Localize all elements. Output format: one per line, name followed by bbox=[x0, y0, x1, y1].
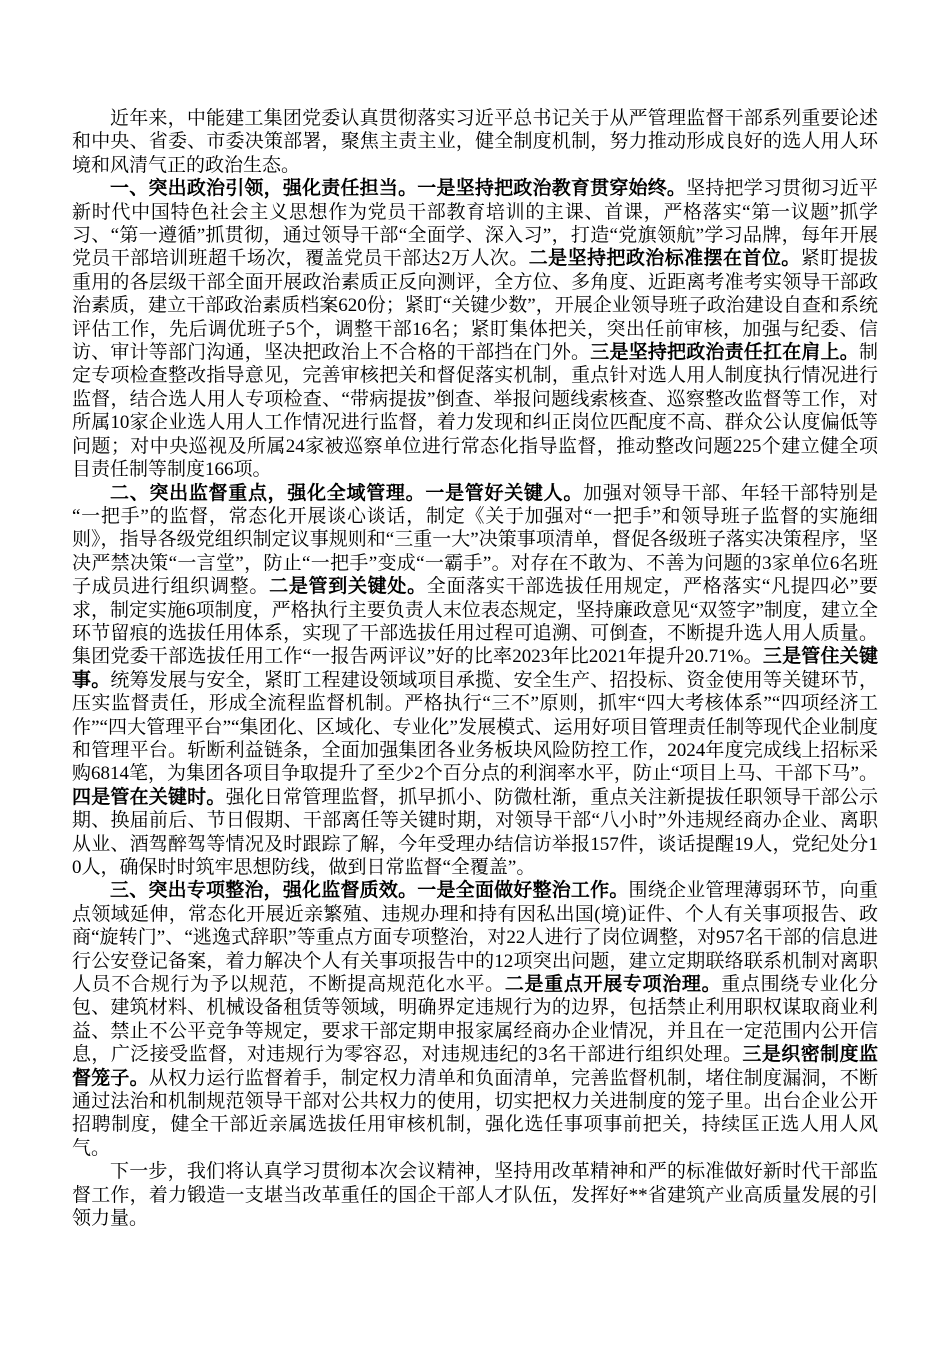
bold-heading-run: 二、突出监督重点，强化全域管理。一是管好关键人。 bbox=[110, 483, 583, 504]
document-body: 近年来，中能建工集团党委认真贯彻落实习近平总书记关于从严管理监督干部系列重要论述… bbox=[72, 107, 878, 1231]
bold-heading-run: 二是重点开展专项治理。 bbox=[505, 974, 721, 995]
bold-heading-run: 二是坚持把政治标准摆在首位。 bbox=[529, 248, 801, 269]
bold-heading-run: 三、突出专项整治，强化监督质效。一是全面做好整治工作。 bbox=[110, 880, 629, 901]
bold-heading-run: 四是管在关键时。 bbox=[72, 787, 226, 808]
text-run: 从权力运行监督着手，制定权力清单和负面清单，完善监督机制，堵住制度漏洞，不断通过… bbox=[72, 1068, 878, 1159]
paragraph: 三、突出专项整治，强化监督质效。一是全面做好整治工作。围绕企业管理薄弱环节，向重… bbox=[72, 879, 878, 1160]
text-run: 统筹发展与安全，紧盯工程建设领域项目承揽、安全生产、招投标、资金使用等关键环节，… bbox=[72, 670, 878, 785]
paragraph: 一、突出政治引领，强化责任担当。一是坚持把政治教育贯穿始终。坚持把学习贯彻习近平… bbox=[72, 177, 878, 481]
bold-heading-run: 一、突出政治引领，强化责任担当。一是坚持把政治教育贯穿始终。 bbox=[110, 178, 686, 199]
text-run: 近年来，中能建工集团党委认真贯彻落实习近平总书记关于从严管理监督干部系列重要论述… bbox=[72, 108, 878, 176]
bold-heading-run: 二是管到关键处。 bbox=[269, 576, 427, 597]
bold-heading-run: 三是坚持把政治责任扛在肩上。 bbox=[590, 342, 859, 363]
text-run: 下一步，我们将认真学习贯彻本次会议精神，坚持用改革精神和严的标准做好新时代干部监… bbox=[72, 1161, 878, 1229]
paragraph: 近年来，中能建工集团党委认真贯彻落实习近平总书记关于从严管理监督干部系列重要论述… bbox=[72, 107, 878, 177]
paragraph: 下一步，我们将认真学习贯彻本次会议精神，坚持用改革精神和严的标准做好新时代干部监… bbox=[72, 1160, 878, 1230]
paragraph: 二、突出监督重点，强化全域管理。一是管好关键人。加强对领导干部、年轻干部特别是“… bbox=[72, 482, 878, 880]
document-page: 近年来，中能建工集团党委认真贯彻落实习近平总书记关于从严管理监督干部系列重要论述… bbox=[0, 0, 950, 1346]
